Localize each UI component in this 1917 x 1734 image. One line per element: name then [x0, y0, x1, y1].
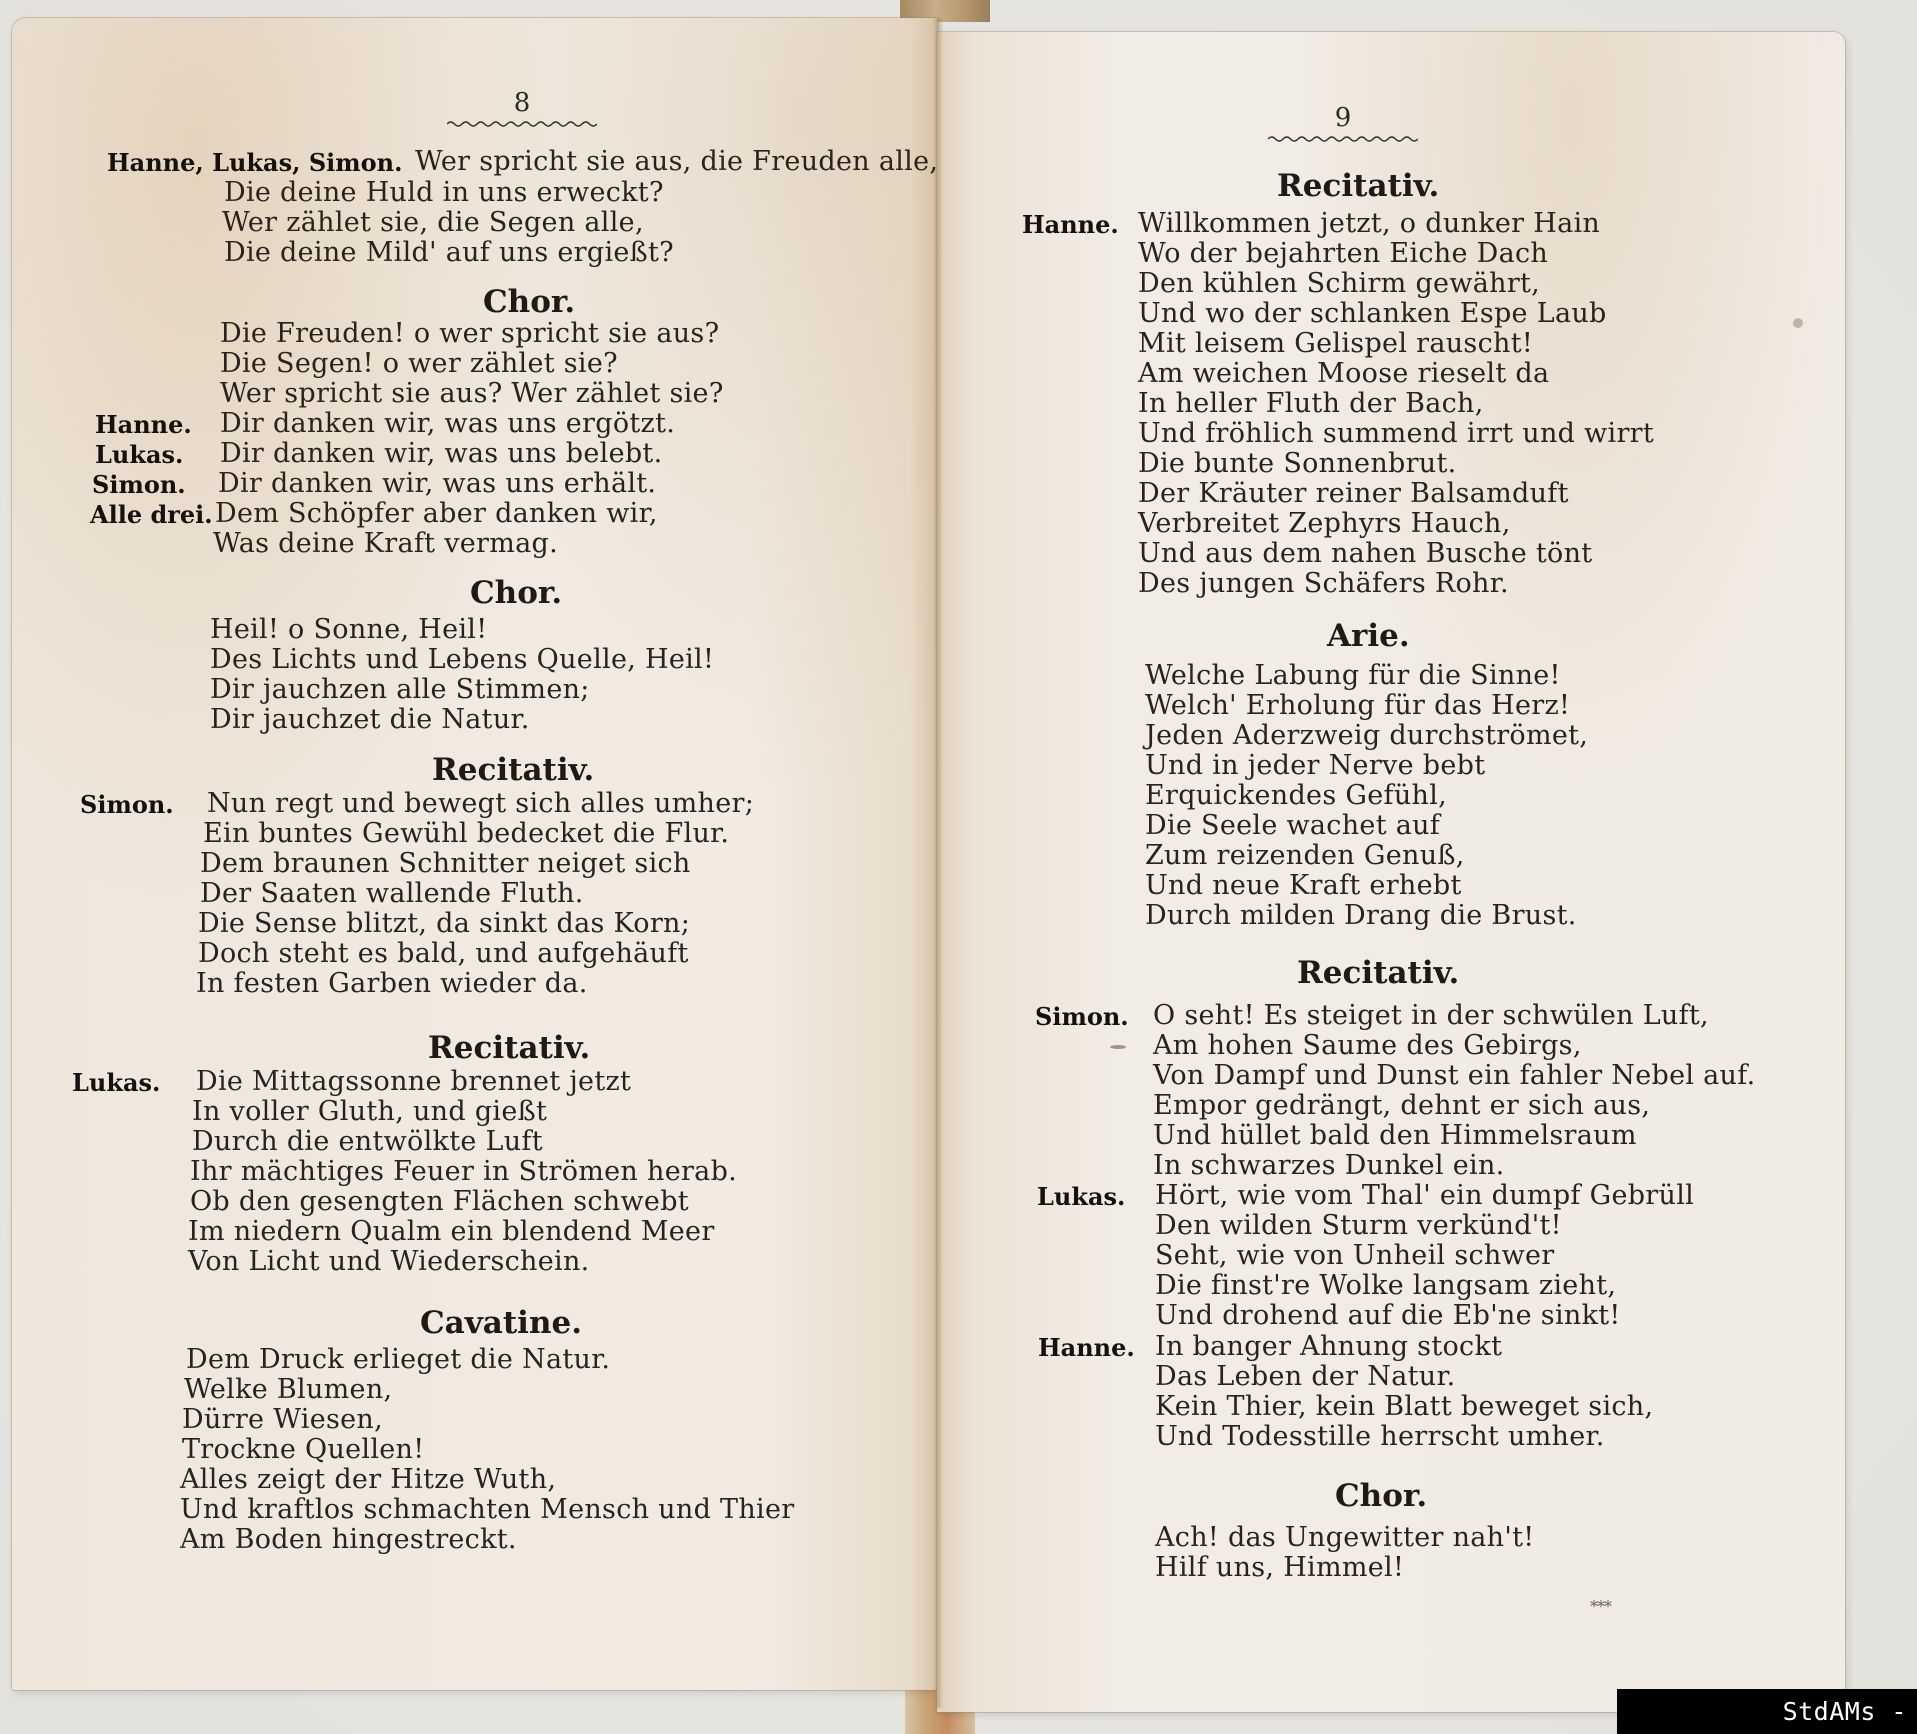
- verse-line: Den wilden Sturm verkünd't!: [1155, 1210, 1562, 1241]
- verse-line: Welch' Erholung für das Herz!: [1145, 690, 1570, 721]
- verse-line: Verbreitet Zephyrs Hauch,: [1138, 508, 1511, 539]
- verse-line: Von Dampf und Dunst ein fahler Nebel auf…: [1153, 1060, 1755, 1091]
- verse-line: Heil! o Sonne, Heil!: [210, 614, 487, 645]
- verse-line: Hört, wie vom Thal' ein dumpf Gebrüll: [1155, 1180, 1694, 1211]
- verse-line: Wer spricht sie aus, die Freuden alle,: [415, 146, 938, 177]
- verse-line: Und aus dem nahen Busche tönt: [1138, 538, 1592, 569]
- verse-line: Und hüllet bald den Himmelsraum: [1153, 1120, 1637, 1151]
- verse-line: Des Lichts und Lebens Quelle, Heil!: [210, 644, 714, 675]
- verse-line: Die finst're Wolke langsam zieht,: [1155, 1270, 1616, 1301]
- footer-asterisks: ***: [1590, 1597, 1611, 1616]
- verse-line: Ein buntes Gewühl bedecket die Flur.: [203, 818, 729, 849]
- verse-line: Und wo der schlanken Espe Laub: [1138, 298, 1607, 329]
- verse-line: Ob den gesengten Flächen schwebt: [190, 1186, 689, 1217]
- verse-line: In heller Fluth der Bach,: [1138, 388, 1484, 419]
- section-heading-recitativ: Recitativ.: [432, 752, 594, 788]
- verse-line: Trockne Quellen!: [182, 1434, 424, 1465]
- verse-line: In schwarzes Dunkel ein.: [1153, 1150, 1505, 1181]
- speaker-label: Simon.: [80, 790, 174, 819]
- verse-line: Das Leben der Natur.: [1155, 1361, 1456, 1392]
- verse-line: Und kraftlos schmachten Mensch und Thier: [180, 1494, 794, 1525]
- section-heading-cavatine: Cavatine.: [420, 1305, 582, 1341]
- verse-line: Dir jauchzen alle Stimmen;: [210, 674, 590, 705]
- page-number-right: 9: [1263, 103, 1423, 143]
- verse-line: Dir jauchzet die Natur.: [210, 704, 530, 735]
- verse-line: Alles zeigt der Hitze Wuth,: [180, 1464, 556, 1495]
- verse-line: Durch milden Drang die Brust.: [1145, 900, 1577, 931]
- section-heading-recitativ: Recitativ.: [428, 1030, 590, 1066]
- verse-line: Die bunte Sonnenbrut.: [1138, 448, 1457, 479]
- section-heading-recitativ: Recitativ.: [1297, 955, 1459, 991]
- section-heading-arie: Arie.: [1327, 618, 1410, 654]
- speaker-label: Lukas.: [95, 440, 183, 469]
- verse-line: Hilf uns, Himmel!: [1155, 1552, 1404, 1583]
- verse-line: Von Licht und Wiederschein.: [188, 1246, 590, 1277]
- verse-line: Jeden Aderzweig durchströmet,: [1145, 720, 1588, 751]
- verse-line: Seht, wie von Unheil schwer: [1155, 1240, 1555, 1271]
- verse-line: Am hohen Saume des Gebirgs,: [1153, 1030, 1582, 1061]
- verse-line: Was deine Kraft vermag.: [213, 528, 558, 559]
- speaker-label: Simon.: [92, 470, 186, 499]
- verse-line: Und in jeder Nerve bebt: [1145, 750, 1485, 781]
- verse-line: Und drohend auf die Eb'ne sinkt!: [1155, 1300, 1621, 1331]
- speaker-label: Hanne.: [1022, 210, 1119, 239]
- verse-line: Und neue Kraft erhebt: [1145, 870, 1462, 901]
- verse-line: O seht! Es steiget in der schwülen Luft,: [1153, 1000, 1709, 1031]
- verse-line: Doch steht es bald, und aufgehäuft: [198, 938, 689, 969]
- speaker-label: Simon.: [1035, 1002, 1129, 1031]
- speaker-label: Hanne.: [1038, 1333, 1135, 1362]
- speaker-label: Lukas.: [1037, 1182, 1125, 1211]
- verse-line: Dem Schöpfer aber danken wir,: [215, 498, 658, 529]
- book-gutter: [933, 18, 943, 1708]
- verse-line: Wer spricht sie aus? Wer zählet sie?: [220, 378, 724, 409]
- verse-line: In festen Garben wieder da.: [196, 968, 588, 999]
- verse-line: Wo der bejahrten Eiche Dach: [1138, 238, 1548, 269]
- wavy-rule-icon: [447, 120, 597, 128]
- verse-line: Und fröhlich summend irrt und wirrt: [1138, 418, 1654, 449]
- verse-line: Ach! das Ungewitter nah't!: [1155, 1522, 1534, 1553]
- page-number-right-text: 9: [1335, 103, 1352, 133]
- section-heading-chor: Chor.: [470, 575, 562, 611]
- verse-line: Kein Thier, kein Blatt beweget sich,: [1155, 1391, 1653, 1422]
- verse-line: Dir danken wir, was uns belebt.: [220, 438, 662, 469]
- verse-line: Die deine Huld in uns erweckt?: [224, 177, 664, 208]
- verse-line: Dir danken wir, was uns erhält.: [218, 468, 656, 499]
- section-heading-chor: Chor.: [483, 284, 575, 320]
- verse-line: Die Sense blitzt, da sinkt das Korn;: [198, 908, 690, 939]
- verse-line: In banger Ahnung stockt: [1155, 1331, 1502, 1362]
- verse-line: Dürre Wiesen,: [182, 1404, 383, 1435]
- verse-line: Des jungen Schäfers Rohr.: [1138, 568, 1509, 599]
- speaker-label: Hanne, Lukas, Simon.: [107, 148, 403, 177]
- speaker-label: Lukas.: [72, 1068, 160, 1097]
- verse-line: Die Freuden! o wer spricht sie aus?: [220, 318, 719, 349]
- verse-line: Die Segen! o wer zählet sie?: [220, 348, 618, 379]
- verse-line: Mit leisem Gelispel rauscht!: [1138, 328, 1533, 359]
- verse-line: Und Todesstille herrscht umher.: [1155, 1421, 1605, 1452]
- verse-line: Welche Labung für die Sinne!: [1145, 660, 1561, 691]
- speaker-label: Alle drei.: [90, 500, 213, 529]
- verse-line: Welke Blumen,: [184, 1374, 392, 1405]
- ink-smudge: [1793, 318, 1803, 328]
- verse-line: Willkommen jetzt, o dunker Hain: [1138, 208, 1600, 239]
- verse-line: Dem Druck erlieget die Natur.: [186, 1344, 610, 1375]
- verse-line: Die Mittagssonne brennet jetzt: [196, 1066, 631, 1097]
- page-number-left-text: 8: [514, 88, 531, 118]
- archive-watermark: StdAMs - MV_004_526: [1617, 1689, 1917, 1734]
- verse-line: Am Boden hingestreckt.: [180, 1524, 517, 1555]
- verse-line: Den kühlen Schirm gewährt,: [1138, 268, 1540, 299]
- verse-line: Dem braunen Schnitter neiget sich: [200, 848, 691, 879]
- speaker-label: Hanne.: [95, 410, 192, 439]
- ink-smudge: [1110, 1045, 1126, 1049]
- verse-line: Nun regt und bewegt sich alles umher;: [207, 788, 754, 819]
- verse-line: Der Kräuter reiner Balsamduft: [1138, 478, 1569, 509]
- verse-line: Wer zählet sie, die Segen alle,: [222, 207, 644, 238]
- verse-line: Im niedern Qualm ein blendend Meer: [188, 1216, 715, 1247]
- verse-line: Die Seele wachet auf: [1145, 810, 1440, 841]
- verse-line: Die deine Mild' auf uns ergießt?: [224, 237, 674, 268]
- verse-line: Empor gedrängt, dehnt er sich aus,: [1153, 1090, 1650, 1121]
- verse-line: In voller Gluth, und gießt: [192, 1096, 547, 1127]
- verse-line: Der Saaten wallende Fluth.: [200, 878, 584, 909]
- verse-line: Dir danken wir, was uns ergötzt.: [220, 408, 675, 439]
- verse-line: Am weichen Moose rieselt da: [1138, 358, 1549, 389]
- section-heading-recitativ: Recitativ.: [1277, 168, 1439, 204]
- verse-line: Durch die entwölkte Luft: [192, 1126, 543, 1157]
- wavy-rule-icon: [1268, 135, 1418, 143]
- verse-line: Zum reizenden Genuß,: [1145, 840, 1465, 871]
- verse-line: Ihr mächtiges Feuer in Strömen herab.: [190, 1156, 737, 1187]
- verse-line: Erquickendes Gefühl,: [1145, 780, 1447, 811]
- section-heading-chor: Chor.: [1335, 1478, 1427, 1514]
- page-number-left: 8: [442, 88, 602, 128]
